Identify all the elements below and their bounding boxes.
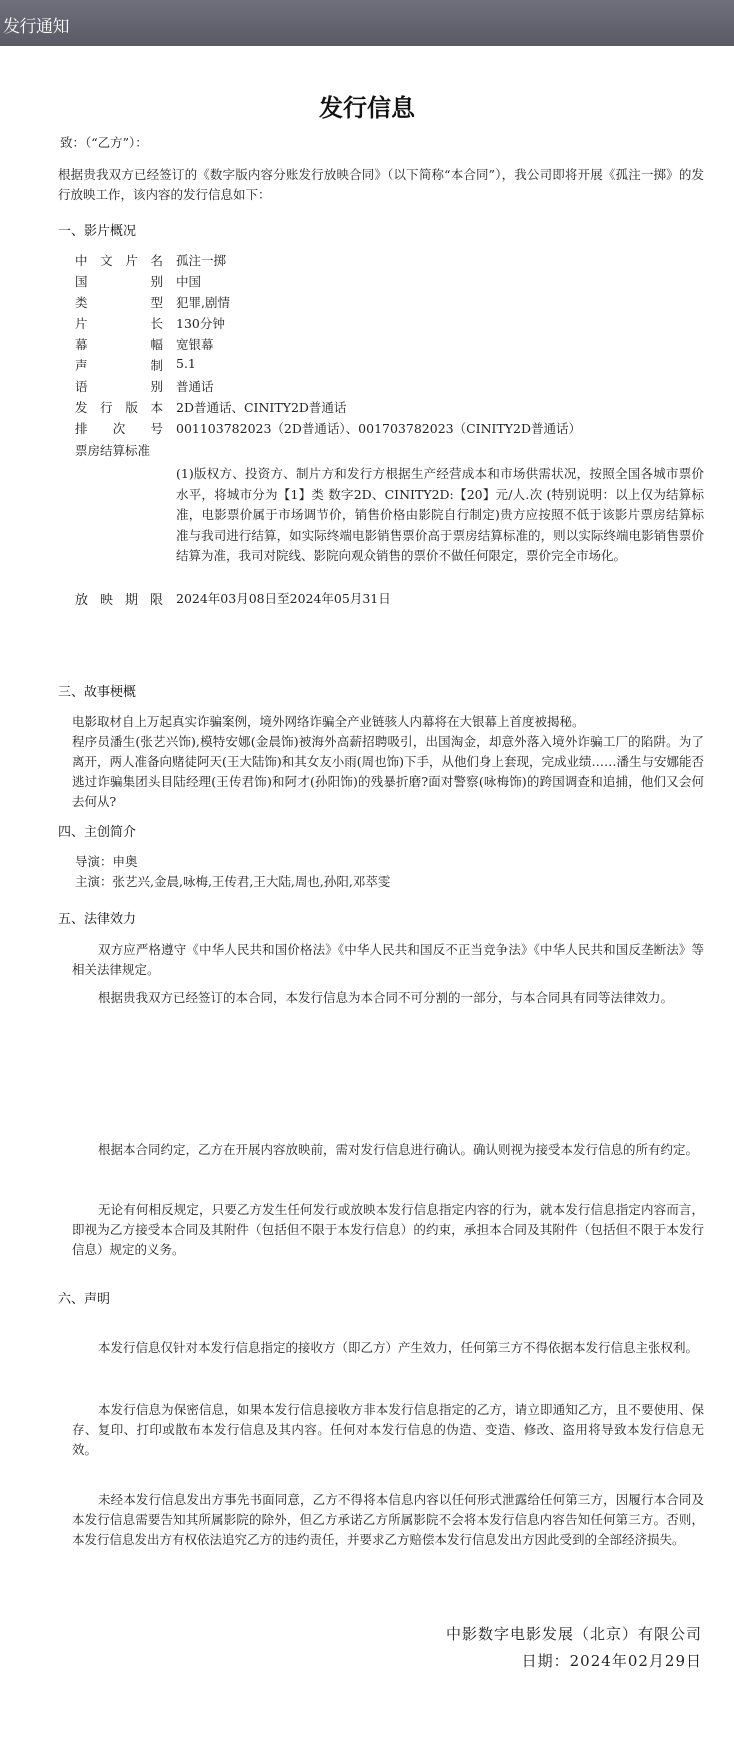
info-value-title: 孤注一掷 xyxy=(176,251,226,269)
section-heading-overview: 一、影片概况 xyxy=(58,220,136,239)
issue-date: 日期：2024年02月29日 xyxy=(522,1650,702,1671)
info-value-sound: 5.1 xyxy=(176,356,196,371)
info-label: 片长 xyxy=(75,314,163,332)
info-value-schedule-number: 001103782023（2D普通话）、001703782023（CINITY2… xyxy=(176,419,581,437)
director-line: 导演：申奥 xyxy=(75,852,138,872)
section-heading-statement: 六、声明 xyxy=(58,1288,110,1307)
legal-paragraph: 根据贵我双方已经签订的本合同，本发行信息为本合同不可分割的一部分，与本合同具有同… xyxy=(72,988,704,1008)
statement-paragraph: 本发行信息为保密信息，如果本发行信息接收方非本发行信息指定的乙方，请立即通知乙方… xyxy=(72,1400,704,1460)
legal-paragraph: 双方应严格遵守《中华人民共和国价格法》《中华人民共和国反不正当竞争法》《中华人民… xyxy=(72,940,704,980)
settlement-label: 票房结算标准 xyxy=(75,441,150,459)
info-label: 语别 xyxy=(75,377,163,395)
legal-paragraph: 无论有何相反规定，只要乙方发生任何发行或放映本发行信息指定内容的行为，就本发行信… xyxy=(72,1200,704,1260)
info-label: 国别 xyxy=(75,272,163,290)
info-label: 排次号 xyxy=(75,419,163,437)
synopsis-paragraph: 电影取材自上万起真实诈骗案例，境外网络诈骗全产业链骇人内幕将在大银幕上首度被揭秘… xyxy=(72,712,704,732)
info-label: 类型 xyxy=(75,293,163,311)
addressee: 致：（“乙方”）： xyxy=(60,133,148,153)
info-value-runtime: 130分钟 xyxy=(176,314,225,332)
section-heading-legal: 五、法律效力 xyxy=(58,908,136,927)
info-label: 幕幅 xyxy=(75,335,163,353)
info-label: 发行版本 xyxy=(75,398,163,416)
section-heading-synopsis: 三、故事梗概 xyxy=(58,681,136,700)
statement-paragraph: 本发行信息仅针对本发行信息指定的接收方（即乙方）产生效力，任何第三方不得依据本发… xyxy=(72,1338,704,1358)
statement-paragraph: 未经本发行信息发出方事先书面同意，乙方不得将本信息内容以任何形式泄露给任何第三方… xyxy=(72,1490,704,1550)
issuer-company: 中影数字电影发展（北京）有限公司 xyxy=(446,1623,702,1644)
settlement-text: (1)版权方、投资方、制片方和发行方根据生产经营成本和市场供需状况，按照全国各城… xyxy=(176,464,704,567)
info-value-screen: 宽银幕 xyxy=(176,335,214,353)
info-label: 声制 xyxy=(75,356,163,374)
synopsis-paragraph: 程序员潘生(张艺兴饰),模特安娜(金晨饰)被海外高薪招聘吸引，出国淘金，却意外落… xyxy=(72,732,704,812)
section-heading-creators: 四、主创简介 xyxy=(58,821,136,840)
info-label: 中文片名 xyxy=(75,251,163,269)
info-value-country: 中国 xyxy=(176,272,201,290)
period-value: 2024年03月08日至2024年05月31日 xyxy=(176,589,391,607)
info-value-language: 普通话 xyxy=(176,377,214,395)
info-value-genre: 犯罪,剧情 xyxy=(176,293,230,311)
topbar-title: 发行通知 xyxy=(3,12,69,37)
page-title: 发行信息 xyxy=(0,88,734,123)
legal-paragraph: 根据本合同约定，乙方在开展内容放映前，需对发行信息进行确认。确认则视为接受本发行… xyxy=(72,1140,704,1160)
intro-paragraph: 根据贵我双方已经签订的《数字版内容分账发行放映合同》（以下简称“本合同”），我公… xyxy=(58,165,704,205)
cast-line: 主演：张艺兴,金晨,咏梅,王传君,王大陆,周也,孙阳,邓萃雯 xyxy=(75,872,390,892)
info-value-versions: 2D普通话、CINITY2D普通话 xyxy=(176,398,346,416)
period-label: 放映期限 xyxy=(75,589,163,608)
top-bar: 发行通知 xyxy=(0,0,734,46)
